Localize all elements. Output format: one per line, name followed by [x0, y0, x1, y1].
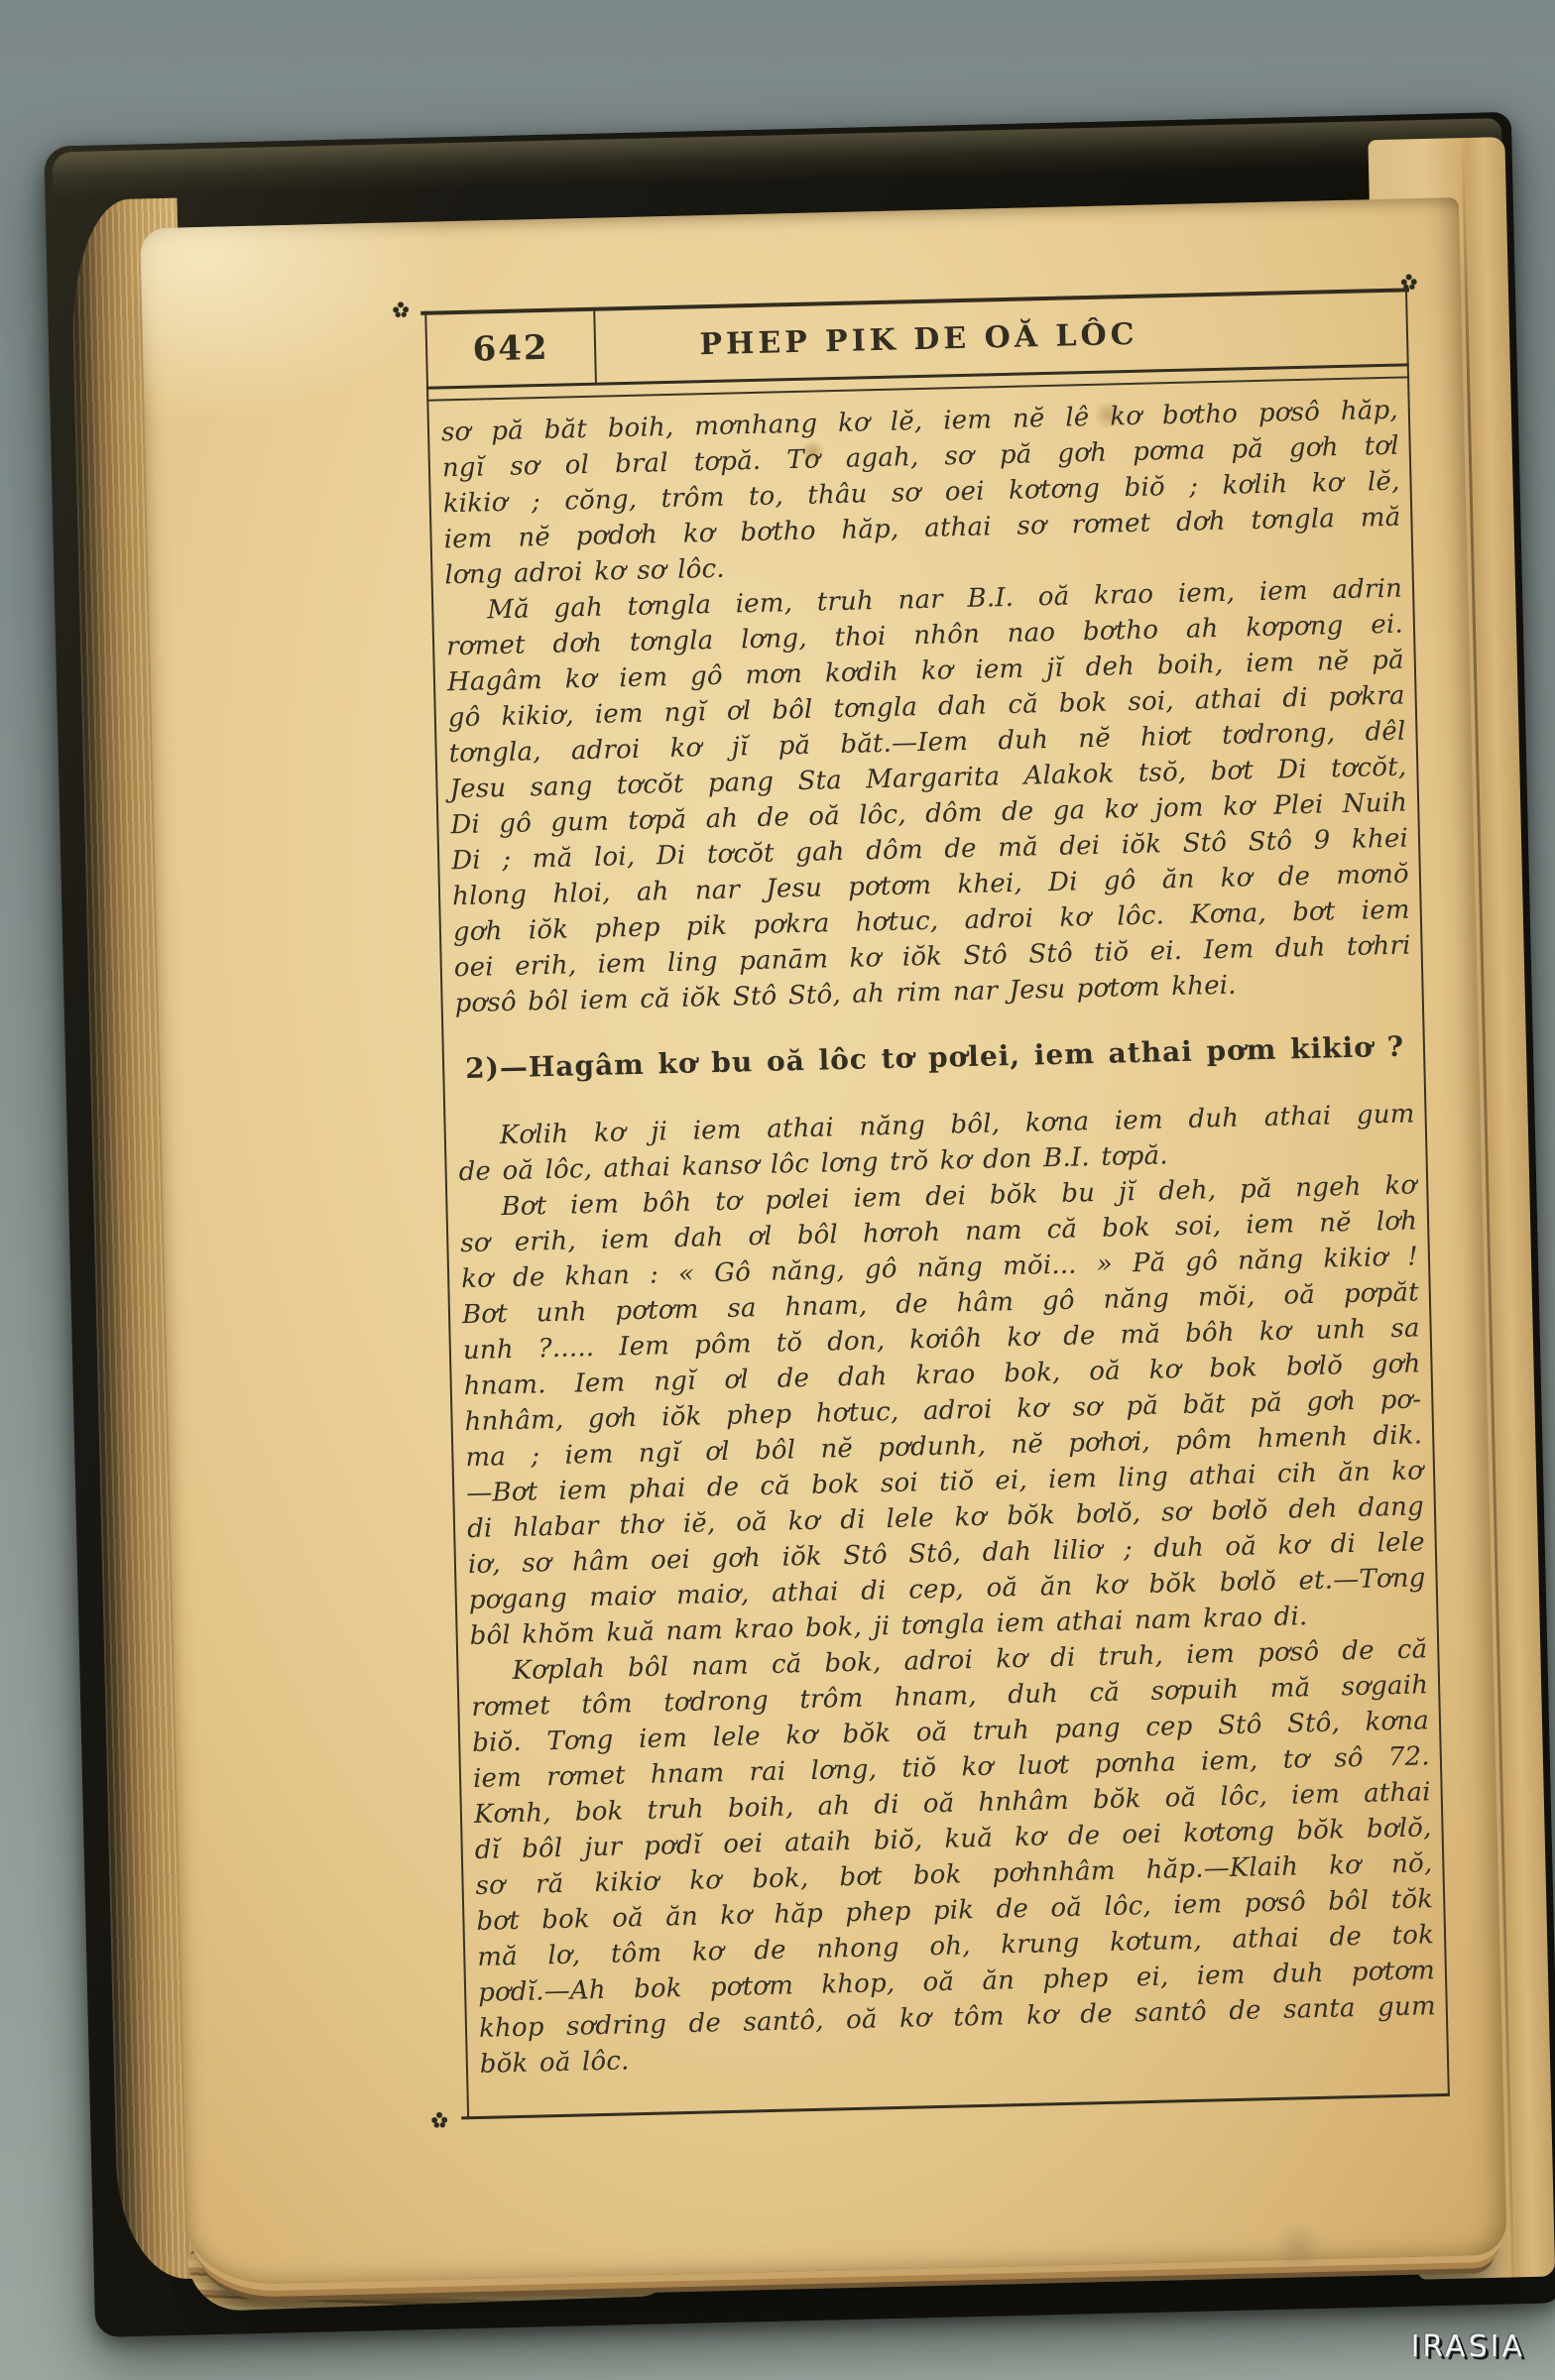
running-title: PHEP PIK DE OĂ LÔC [596, 310, 1407, 364]
fleuron-icon [431, 2112, 447, 2128]
body-text: sơ pă băt boih, mơnhang kơ lĕ, iem nĕ lê… [428, 378, 1447, 2082]
section-heading: 2)—Hagâm kơ bu oă lôc tơ pơlei, iem atha… [456, 1028, 1414, 1087]
page-number: 642 [427, 327, 595, 371]
book-page: 642 PHEP PIK DE OĂ LÔC sơ pă băt boih, m… [140, 197, 1507, 2286]
scanned-book-photo: 642 PHEP PIK DE OĂ LÔC sơ pă băt boih, m… [0, 0, 1555, 2380]
book: 642 PHEP PIK DE OĂ LÔC sơ pă băt boih, m… [44, 112, 1555, 2337]
printed-text-frame: 642 PHEP PIK DE OĂ LÔC sơ pă băt boih, m… [424, 288, 1450, 2119]
footer-rule [461, 2093, 1450, 2119]
watermark: IRASIA [1411, 2329, 1525, 2364]
fleuron-icon [1401, 274, 1417, 290]
fleuron-icon [393, 301, 409, 317]
